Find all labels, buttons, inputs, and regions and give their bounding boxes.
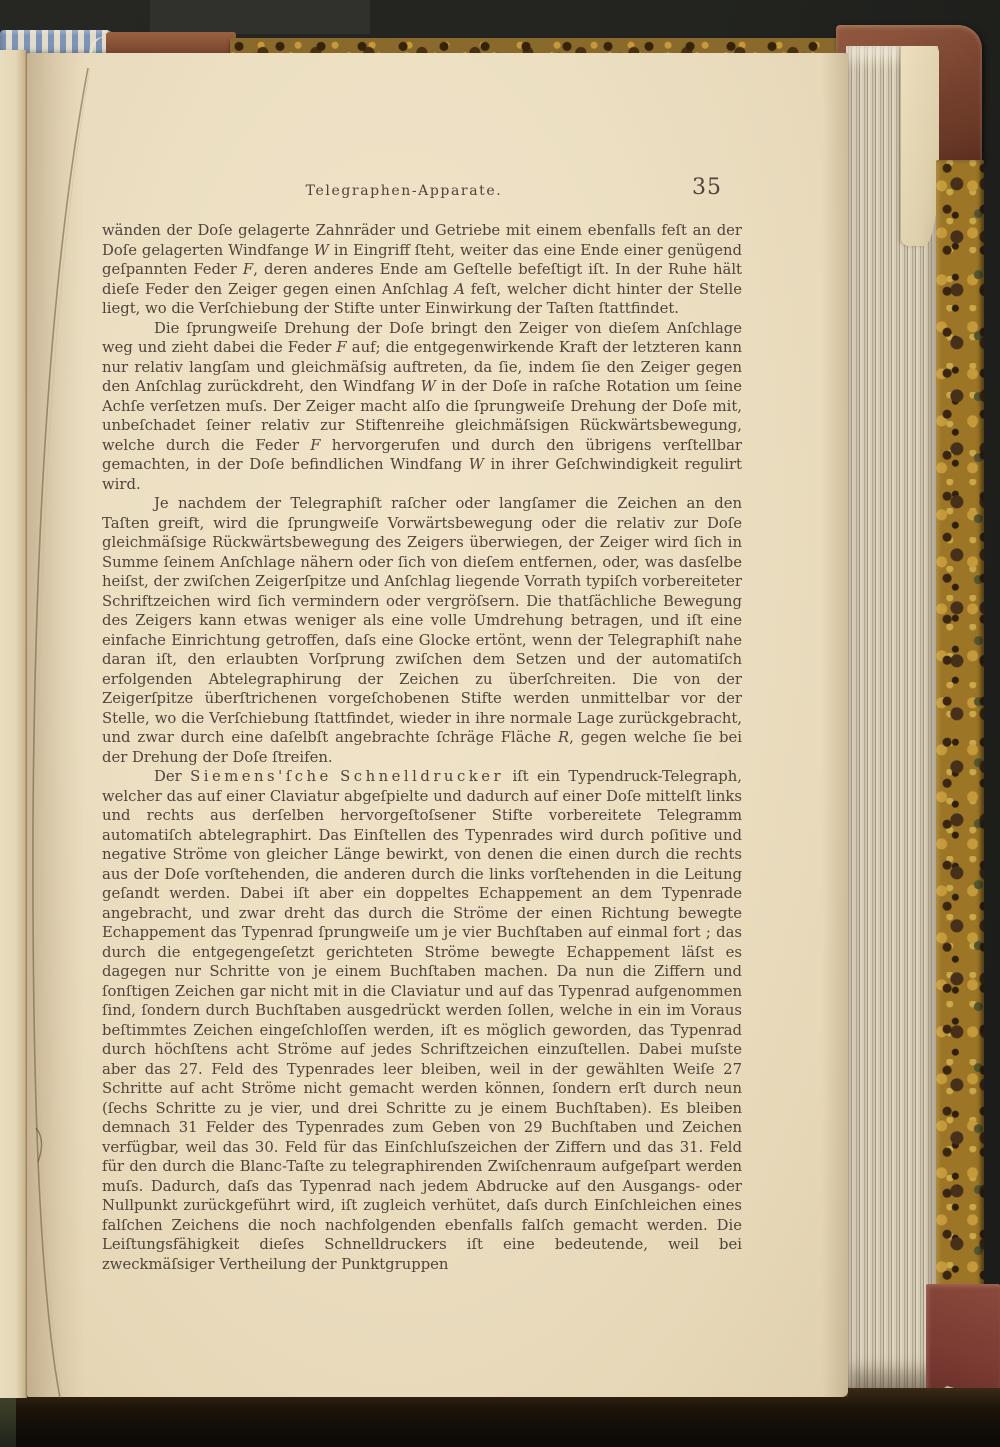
top-sheet-edge [901, 46, 939, 246]
text-segment-normal [332, 768, 340, 785]
text-segment-italic: W [469, 456, 484, 473]
body-text: wänden der Doſe gelagerte Zahnräder und … [102, 221, 742, 1274]
facing-page-edge [0, 50, 27, 1398]
text-segment-italic: R [558, 729, 569, 746]
text-segment-normal: iſt ein Typendruck-Telegraph, welcher da… [102, 768, 742, 1273]
text-segment-italic: A [454, 281, 465, 298]
background-shadow [150, 0, 370, 34]
paragraph: Je nachdem der Telegraphiſt raſcher oder… [102, 494, 742, 767]
text-segment-normal: Der [154, 768, 190, 785]
bottom-left-board-sliver [0, 1392, 16, 1447]
marbled-board-edge [936, 160, 984, 1290]
page-title: Telegraphen-Apparate. [84, 183, 724, 199]
paragraph: Die ſprungweiſe Drehung der Doſe bringt … [102, 319, 742, 495]
text-segment-italic: W [421, 378, 436, 395]
page-number: 35 [692, 175, 722, 200]
scanned-book-photo: { "page": { "header": { "title": "Telegr… [0, 0, 1000, 1447]
text-segment-normal: Je nachdem der Telegraphiſt raſcher oder… [102, 495, 742, 746]
text-segment-spaced: Schnelldrucker [340, 768, 504, 785]
text-segment-italic: F [243, 261, 253, 278]
book-page: Telegraphen-Apparate. 35 wänden der Doſe… [27, 53, 848, 1397]
page-stack-fore-edge [846, 46, 938, 1388]
paragraph: wänden der Doſe gelagerte Zahnräder und … [102, 221, 742, 319]
text-segment-spaced: Siemens'ſche [190, 768, 332, 785]
running-head: Telegraphen-Apparate. 35 [102, 175, 742, 209]
text-segment-italic: W [314, 242, 329, 259]
paragraph: Der Siemens'ſche Schnelldrucker iſt ein … [102, 767, 742, 1274]
text-segment-italic: F [336, 339, 346, 356]
text-segment-italic: F [310, 437, 320, 454]
